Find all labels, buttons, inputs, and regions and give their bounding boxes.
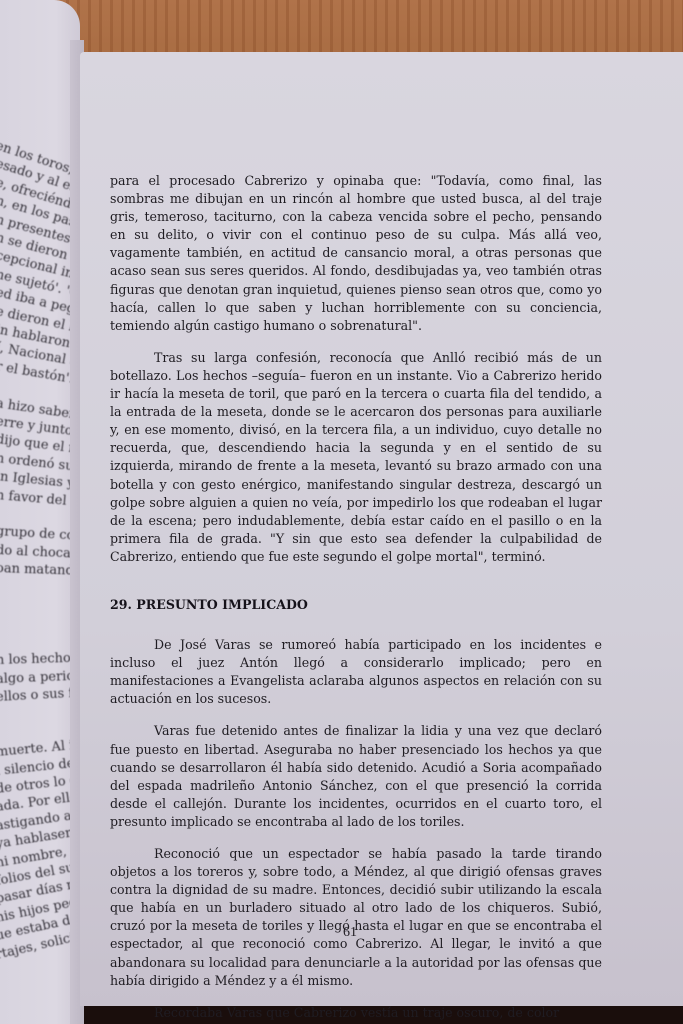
left-page-text-fragment: n favor del torer (0, 488, 80, 512)
left-page-text-fragment: ellos o sus fami (0, 685, 80, 705)
left-page-text-fragment: oan matando un (0, 561, 80, 580)
paragraph: De José Varas se rumoreó había participa… (110, 636, 602, 708)
page-body: para el procesado Cabrerizo y opinaba qu… (110, 172, 602, 1022)
paragraph: Varas fue detenido antes de finalizar la… (110, 722, 602, 831)
section-heading: 29. PRESUNTO IMPLICADO (110, 596, 602, 614)
right-page: para el procesado Cabrerizo y opinaba qu… (80, 52, 683, 1006)
paragraph: Reconoció que un espectador se había pas… (110, 845, 602, 990)
left-page-text-fragment: algo a periodist (0, 667, 80, 686)
left-page: en los toros, deesado y al escue, ofreci… (0, 0, 80, 1024)
left-page-text-fragment: grupo de conten (0, 524, 80, 545)
page-number: 61 (80, 925, 620, 941)
left-page-text-fragment: do al chocar con (0, 543, 80, 563)
paragraph: Tras su larga confesión, reconocía que A… (110, 349, 602, 566)
paragraph: para el procesado Cabrerizo y opinaba qu… (110, 172, 602, 335)
paragraph: Recordaba Varas que Cabrerizo vestía un … (110, 1004, 602, 1022)
left-page-text-fragment: n los hechos del (0, 650, 80, 668)
